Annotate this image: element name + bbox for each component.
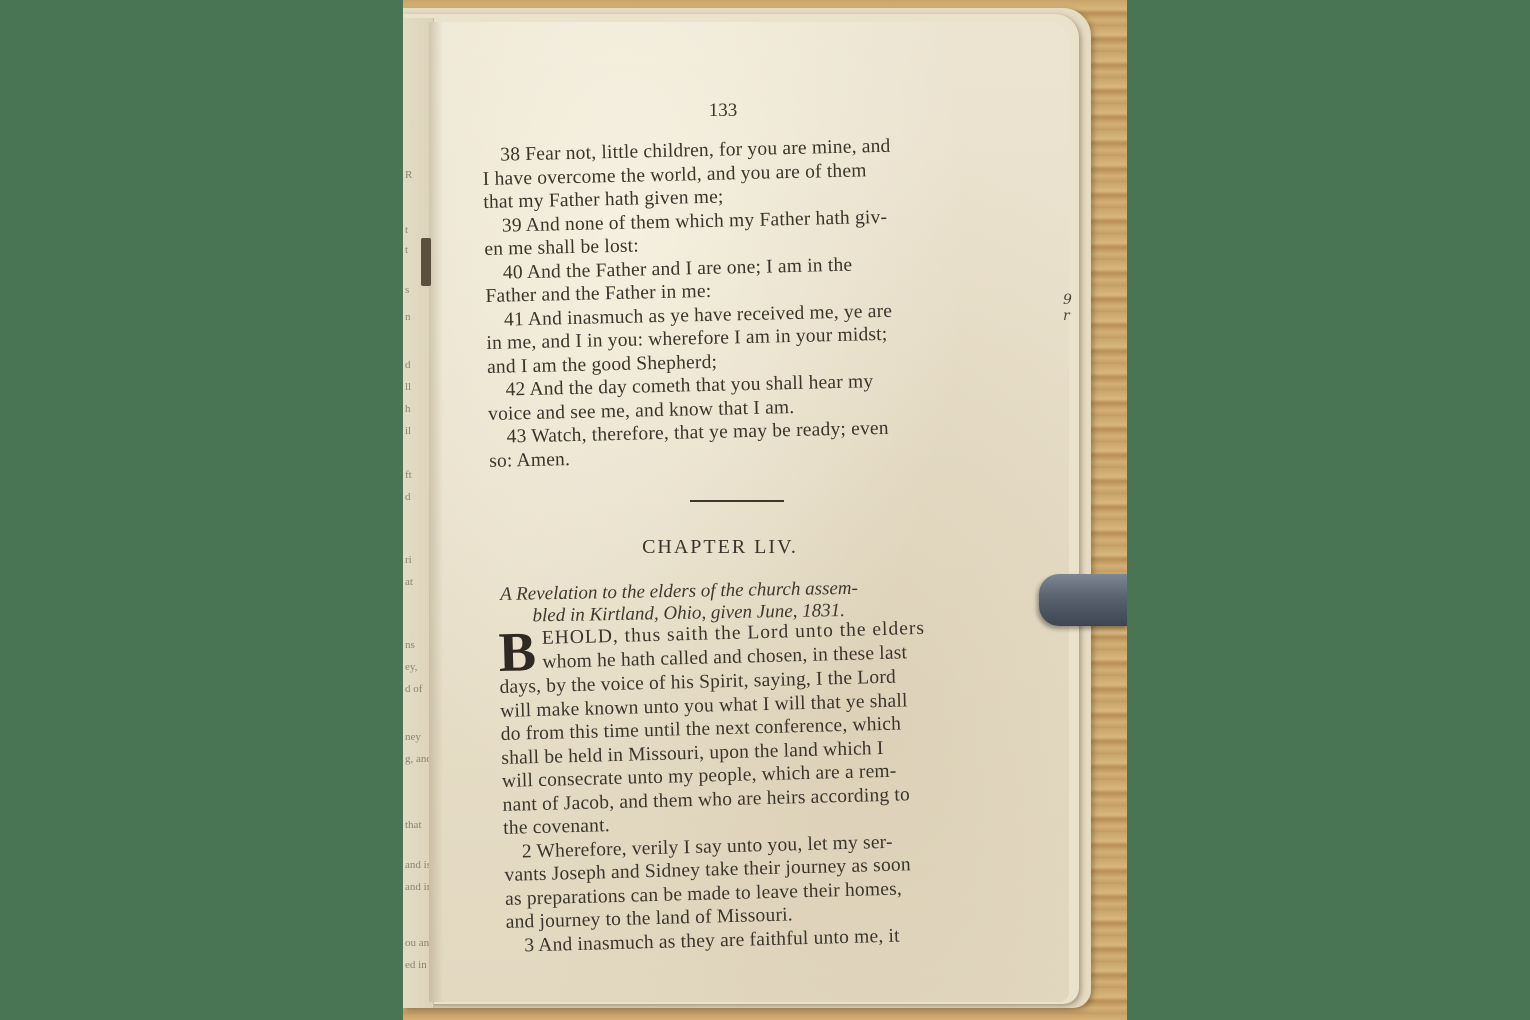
facing-page-fragment: at — [405, 575, 431, 589]
binding-shadow — [429, 22, 443, 1002]
thumb-tab-marker — [421, 238, 431, 286]
facing-page-fragment: d — [405, 358, 431, 372]
facing-page-fragment: g, and — [405, 752, 431, 766]
facing-page-fragment: il — [405, 424, 431, 438]
facing-page-fragment: that — [405, 818, 431, 832]
facing-page-fragment: ou and — [405, 936, 431, 950]
facing-page-fragment: d — [405, 490, 431, 504]
facing-page-fragment: d of — [405, 682, 431, 696]
facing-page-fragment: ns — [405, 638, 431, 652]
metal-clip — [1039, 574, 1127, 626]
handwritten-margin-note: 9 r — [1063, 292, 1072, 324]
facing-page-fragment: h — [405, 402, 431, 416]
facing-page-fragment: ed in — [405, 958, 431, 972]
facing-page-fragment: ri — [405, 553, 431, 567]
facing-page-fragment: ey, — [405, 660, 431, 674]
page-number: 133 — [703, 100, 743, 122]
facing-page-fragment: ll — [405, 380, 431, 394]
verses-38-43: 38 Fear not, little children, for you ar… — [482, 133, 989, 473]
facing-page-fragment: and is — [405, 858, 431, 872]
facing-page-fragment: and in — [405, 880, 431, 894]
facing-page-fragment: ney — [405, 730, 431, 744]
facing-page-fragment: R — [405, 168, 431, 182]
chapter-heading: CHAPTER LIV. — [560, 536, 880, 559]
facing-page-fragment: n — [405, 310, 431, 324]
section-divider-rule — [690, 500, 784, 502]
chapter-body: B EHOLD, thus saith the Lord unto the el… — [498, 615, 1006, 958]
facing-page-fragment: t — [405, 223, 431, 237]
facing-page-fragment: ft — [405, 468, 431, 482]
drop-cap: B — [498, 629, 537, 676]
